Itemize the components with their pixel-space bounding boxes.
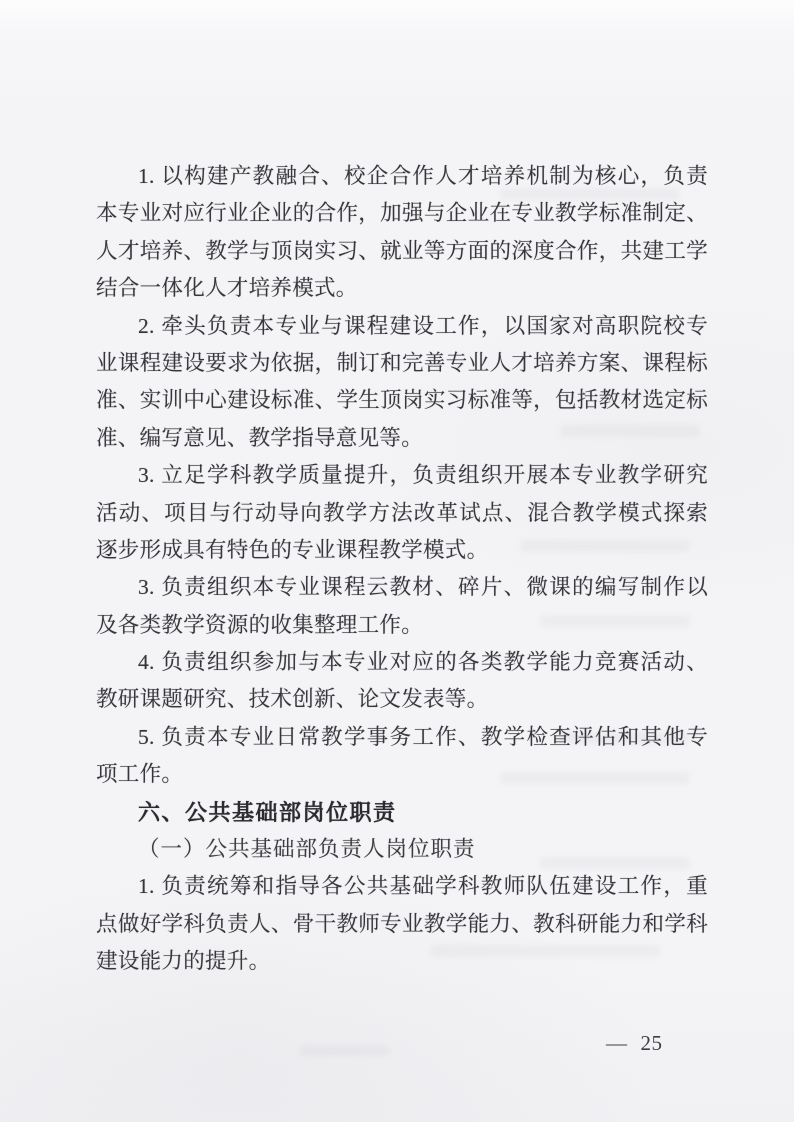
text-line: 结合一体化人才培养模式。 xyxy=(96,270,708,307)
text-line: 及各类教学资源的收集整理工作。 xyxy=(96,607,708,644)
text-line: 4. 负责组织参加与本专业对应的各类教学能力竞赛活动、 xyxy=(96,644,708,681)
text-line: 点做好学科负责人、骨干教师专业教学能力、教科研能力和学科 xyxy=(96,906,708,943)
para-duty-3: 3. 立足学科教学质量提升，负责组织开展本专业教学研究活动、项目与行动导向教学方… xyxy=(96,457,708,569)
text-line: 业课程建设要求为依据，制订和完善专业人才培养方案、课程标 xyxy=(96,345,708,382)
text-line: （一）公共基础部负责人岗位职责 xyxy=(96,831,708,868)
text-line: 1. 以构建产教融合、校企合作人才培养机制为核心，负责 xyxy=(96,158,708,195)
text-line: 项工作。 xyxy=(96,756,708,793)
text-line: 准、编写意见、教学指导意见等。 xyxy=(96,420,708,457)
text-line: 5. 负责本专业日常教学事务工作、教学检查评估和其他专 xyxy=(96,719,708,756)
section-heading-6: 六、公共基础部岗位职责 xyxy=(96,794,708,831)
text-line: 活动、项目与行动导向教学方法改革试点、混合教学模式探索等， xyxy=(96,495,708,532)
document-body: 1. 以构建产教融合、校企合作人才培养机制为核心，负责本专业对应行业企业的合作，… xyxy=(96,158,708,981)
text-line: 六、公共基础部岗位职责 xyxy=(96,794,708,831)
para-6-1-duty-1: 1. 负责统筹和指导各公共基础学科教师队伍建设工作，重点做好学科负责人、骨干教师… xyxy=(96,868,708,980)
text-line: 教研课题研究、技术创新、论文发表等。 xyxy=(96,681,708,718)
text-line: 准、实训中心建设标准、学生顶岗实习标准等，包括教材选定标 xyxy=(96,382,708,419)
scanned-document-page: 1. 以构建产教融合、校企合作人才培养机制为核心，负责本专业对应行业企业的合作，… xyxy=(0,0,794,1122)
text-line: 建设能力的提升。 xyxy=(96,943,708,980)
text-line: 3. 负责组织本专业课程云教材、碎片、微课的编写制作以 xyxy=(96,569,708,606)
bleed-through-artifact xyxy=(300,1046,390,1056)
page-number-dash: — xyxy=(606,1028,628,1058)
para-duty-5: 5. 负责本专业日常教学事务工作、教学检查评估和其他专项工作。 xyxy=(96,719,708,794)
para-duty-2: 2. 牵头负责本专业与课程建设工作，以国家对高职院校专业课程建设要求为依据，制订… xyxy=(96,308,708,458)
text-line: 3. 立足学科教学质量提升，负责组织开展本专业教学研究 xyxy=(96,457,708,494)
page-number: 25 xyxy=(641,1031,663,1055)
para-duty-1: 1. 以构建产教融合、校企合作人才培养机制为核心，负责本专业对应行业企业的合作，… xyxy=(96,158,708,308)
para-duty-4: 4. 负责组织参加与本专业对应的各类教学能力竞赛活动、教研课题研究、技术创新、论… xyxy=(96,644,708,719)
para-duty-3b: 3. 负责组织本专业课程云教材、碎片、微课的编写制作以及各类教学资源的收集整理工… xyxy=(96,569,708,644)
subsection-heading-6-1: （一）公共基础部负责人岗位职责 xyxy=(96,831,708,868)
text-line: 人才培养、教学与顶岗实习、就业等方面的深度合作，共建工学 xyxy=(96,233,708,270)
text-line: 2. 牵头负责本专业与课程建设工作，以国家对高职院校专 xyxy=(96,308,708,345)
text-line: 1. 负责统筹和指导各公共基础学科教师队伍建设工作，重 xyxy=(96,868,708,905)
page-footer: —25 xyxy=(606,1028,663,1058)
text-line: 本专业对应行业企业的合作，加强与企业在专业教学标准制定、 xyxy=(96,195,708,232)
text-line: 逐步形成具有特色的专业课程教学模式。 xyxy=(96,532,708,569)
